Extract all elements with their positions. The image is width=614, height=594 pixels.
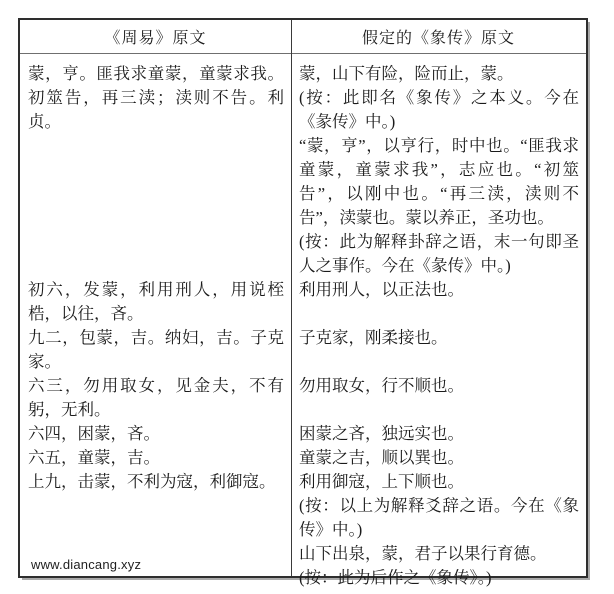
text-line: 六五，童蒙，吉。 [28, 446, 284, 470]
zhouyi-cell: 初六，发蒙，利用刑人，用说桎梏，以往，吝。 [20, 278, 291, 326]
editor-note: (按：此为解释卦辞之语，末一句即圣人之事作。今在《彖传》中。) [299, 230, 579, 278]
text-line: 上九，击蒙，不利为寇，利御寇。 [28, 470, 284, 494]
header-hypothetical-xiangzhuan: 假定的《象传》原文 [291, 25, 586, 48]
text-line: 蒙，亨。匪我求童蒙，童蒙求我。初筮告，再三渎；渎则不告。利贞。 [28, 62, 284, 134]
zhouyi-cell: 六五，童蒙，吉。 [20, 446, 291, 470]
text-line: 子克家，刚柔接也。 [299, 326, 579, 350]
text-line: 六四，困蒙，吝。 [28, 422, 284, 446]
table-row: 蒙，亨。匪我求童蒙，童蒙求我。初筮告，再三渎；渎则不告。利贞。 蒙，山下有险，险… [20, 62, 586, 278]
table-row: 六四，困蒙，吝。 困蒙之吝，独远实也。 [20, 422, 586, 446]
text-line: “蒙，亨”，以亨行，时中也。“匪我求童蒙，童蒙求我”，志应也。“初筮告”，以刚中… [299, 134, 579, 230]
watermark-url: www.diancang.xyz [31, 557, 141, 572]
text-line: 六三，勿用取女，见金夫，不有躬，无利。 [28, 374, 284, 422]
text-line: 困蒙之吝，独远实也。 [299, 422, 579, 446]
xiangzhuan-cell: 蒙，山下有险，险而止，蒙。 (按：此即名《象传》之本义。今在《彖传》中。) “蒙… [291, 62, 586, 278]
text-line: 蒙，山下有险，险而止，蒙。 [299, 62, 579, 86]
xiangzhuan-cell: 童蒙之吉，顺以巽也。 [291, 446, 586, 470]
zhouyi-cell: 九二，包蒙，吉。纳妇，吉。子克家。 [20, 326, 291, 374]
zhouyi-cell: 六三，勿用取女，见金夫，不有躬，无利。 [20, 374, 291, 422]
xiangzhuan-cell: 利用刑人，以正法也。 [291, 278, 586, 326]
table-body: 蒙，亨。匪我求童蒙，童蒙求我。初筮告，再三渎；渎则不告。利贞。 蒙，山下有险，险… [20, 54, 586, 590]
column-divider [291, 20, 292, 576]
xiangzhuan-cell: 利用御寇，上下顺也。 (按：以上为解释爻辞之语。今在《象传》中。) 山下出泉，蒙… [291, 470, 586, 590]
editor-note: (按：以上为解释爻辞之语。今在《象传》中。) [299, 494, 579, 542]
editor-note: (按：此为后作之《象传》。) [299, 566, 579, 590]
zhouyi-cell: 上九，击蒙，不利为寇，利御寇。 [20, 470, 291, 590]
xiangzhuan-cell: 困蒙之吝，独远实也。 [291, 422, 586, 446]
table-row: 六三，勿用取女，见金夫，不有躬，无利。 勿用取女，行不顺也。 [20, 374, 586, 422]
comparison-table: 《周易》原文 假定的《象传》原文 蒙，亨。匪我求童蒙，童蒙求我。初筮告，再三渎；… [18, 18, 588, 578]
text-line: 勿用取女，行不顺也。 [299, 374, 579, 398]
text-line: 初六，发蒙，利用刑人，用说桎梏，以往，吝。 [28, 278, 284, 326]
zhouyi-cell: 六四，困蒙，吝。 [20, 422, 291, 446]
header-zhouyi-original: 《周易》原文 [20, 25, 291, 48]
zhouyi-cell: 蒙，亨。匪我求童蒙，童蒙求我。初筮告，再三渎；渎则不告。利贞。 [20, 62, 291, 278]
editor-note: (按：此即名《象传》之本义。今在《彖传》中。) [299, 86, 579, 134]
text-line: 利用御寇，上下顺也。 [299, 470, 579, 494]
text-line: 山下出泉，蒙，君子以果行育德。 [299, 542, 579, 566]
table-row: 初六，发蒙，利用刑人，用说桎梏，以往，吝。 利用刑人，以正法也。 [20, 278, 586, 326]
text-line: 利用刑人，以正法也。 [299, 278, 579, 302]
table-row: 九二，包蒙，吉。纳妇，吉。子克家。 子克家，刚柔接也。 [20, 326, 586, 374]
text-line: 童蒙之吉，顺以巽也。 [299, 446, 579, 470]
table-row: 上九，击蒙，不利为寇，利御寇。 利用御寇，上下顺也。 (按：以上为解释爻辞之语。… [20, 470, 586, 590]
table-header-row: 《周易》原文 假定的《象传》原文 [20, 20, 586, 54]
text-line: 九二，包蒙，吉。纳妇，吉。子克家。 [28, 326, 284, 374]
xiangzhuan-cell: 子克家，刚柔接也。 [291, 326, 586, 374]
table-row: 六五，童蒙，吉。 童蒙之吉，顺以巽也。 [20, 446, 586, 470]
xiangzhuan-cell: 勿用取女，行不顺也。 [291, 374, 586, 422]
